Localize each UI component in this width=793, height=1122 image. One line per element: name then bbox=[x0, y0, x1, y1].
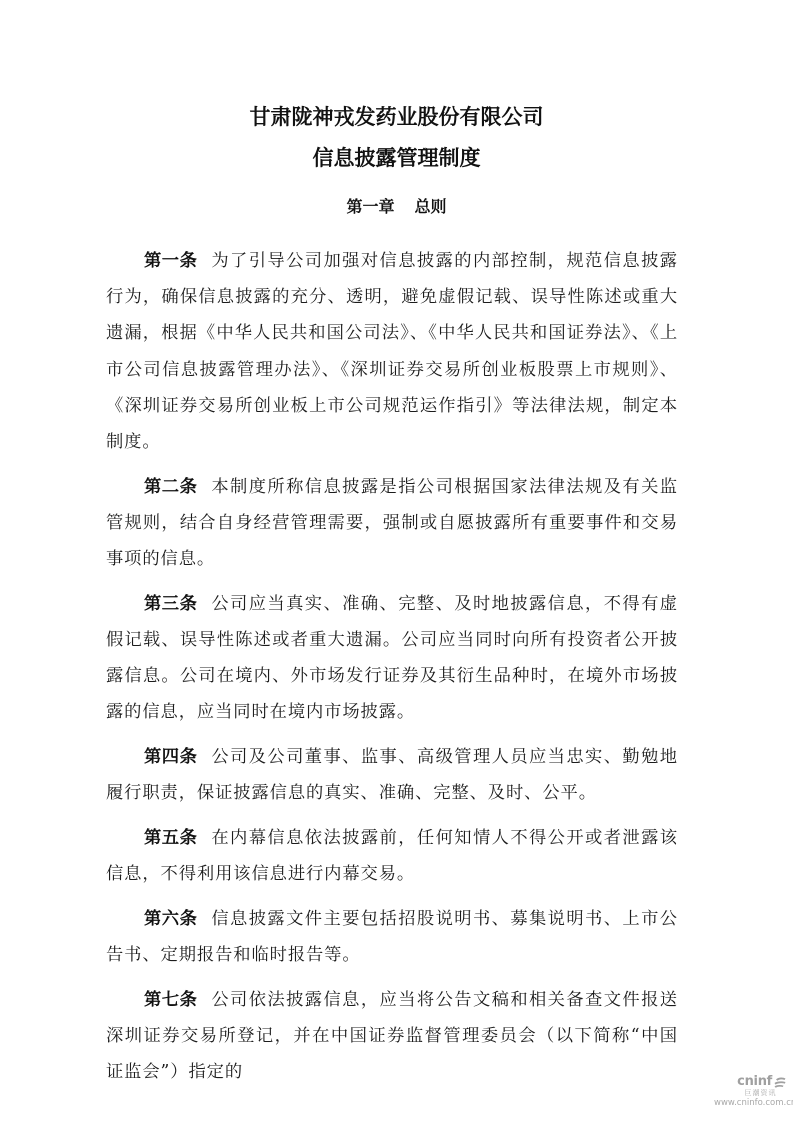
chapter-heading: 第一章总则 bbox=[0, 196, 793, 218]
watermark-url: www.cninfo.com.cn bbox=[714, 1098, 793, 1108]
article-label: 第一条 bbox=[144, 251, 197, 271]
article-2: 第二条本制度所称信息披露是指公司根据国家法律法规及有关监管规则，结合自身经营管理… bbox=[106, 469, 678, 578]
article-1: 第一条为了引导公司加强对信息披露的内部控制，规范信息披露行为，确保信息披露的充分… bbox=[106, 243, 678, 460]
article-text: 为了引导公司加强对信息披露的内部控制，规范信息披露行为，确保信息披露的充分、透明… bbox=[106, 251, 678, 452]
article-5: 第五条在内幕信息依法披露前，任何知情人不得公开或者泄露该信息，不得利用该信息进行… bbox=[106, 820, 678, 892]
document-title-policy: 信息披露管理制度 bbox=[0, 145, 793, 171]
article-6: 第六条信息披露文件主要包括招股说明书、募集说明书、上市公告书、定期报告和临时报告… bbox=[106, 901, 678, 973]
article-label: 第五条 bbox=[144, 828, 197, 848]
article-3: 第三条公司应当真实、准确、完整、及时地披露信息，不得有虚假记载、误导性陈述或者重… bbox=[106, 586, 678, 731]
watermark-brand: cninf bbox=[737, 1075, 772, 1089]
article-label: 第六条 bbox=[144, 909, 197, 929]
watermark-chinese-name: 巨潮资讯 bbox=[718, 1089, 793, 1098]
chapter-number: 第一章 bbox=[346, 197, 394, 216]
document-page: 甘肃陇神戎发药业股份有限公司 信息披露管理制度 第一章总则 第一条为了引导公司加… bbox=[0, 0, 793, 1122]
document-title-company: 甘肃陇神戎发药业股份有限公司 bbox=[0, 104, 793, 130]
article-7: 第七条公司依法披露信息，应当将公告文稿和相关备查文件报送深圳证券交易所登记，并在… bbox=[106, 982, 678, 1091]
article-label: 第七条 bbox=[144, 990, 197, 1010]
chapter-name: 总则 bbox=[415, 197, 447, 216]
article-4: 第四条公司及公司董事、监事、高级管理人员应当忠实、勤勉地履行职责，保证披露信息的… bbox=[106, 739, 678, 811]
article-label: 第二条 bbox=[144, 477, 197, 497]
article-label: 第四条 bbox=[144, 747, 197, 767]
cninf-watermark: cninf 巨潮资讯 www.cninfo.com.cn bbox=[718, 1075, 793, 1115]
article-label: 第三条 bbox=[144, 594, 197, 614]
cninf-logo-icon bbox=[773, 1076, 787, 1089]
document-body: 第一条为了引导公司加强对信息披露的内部控制，规范信息披露行为，确保信息披露的充分… bbox=[106, 243, 678, 1099]
